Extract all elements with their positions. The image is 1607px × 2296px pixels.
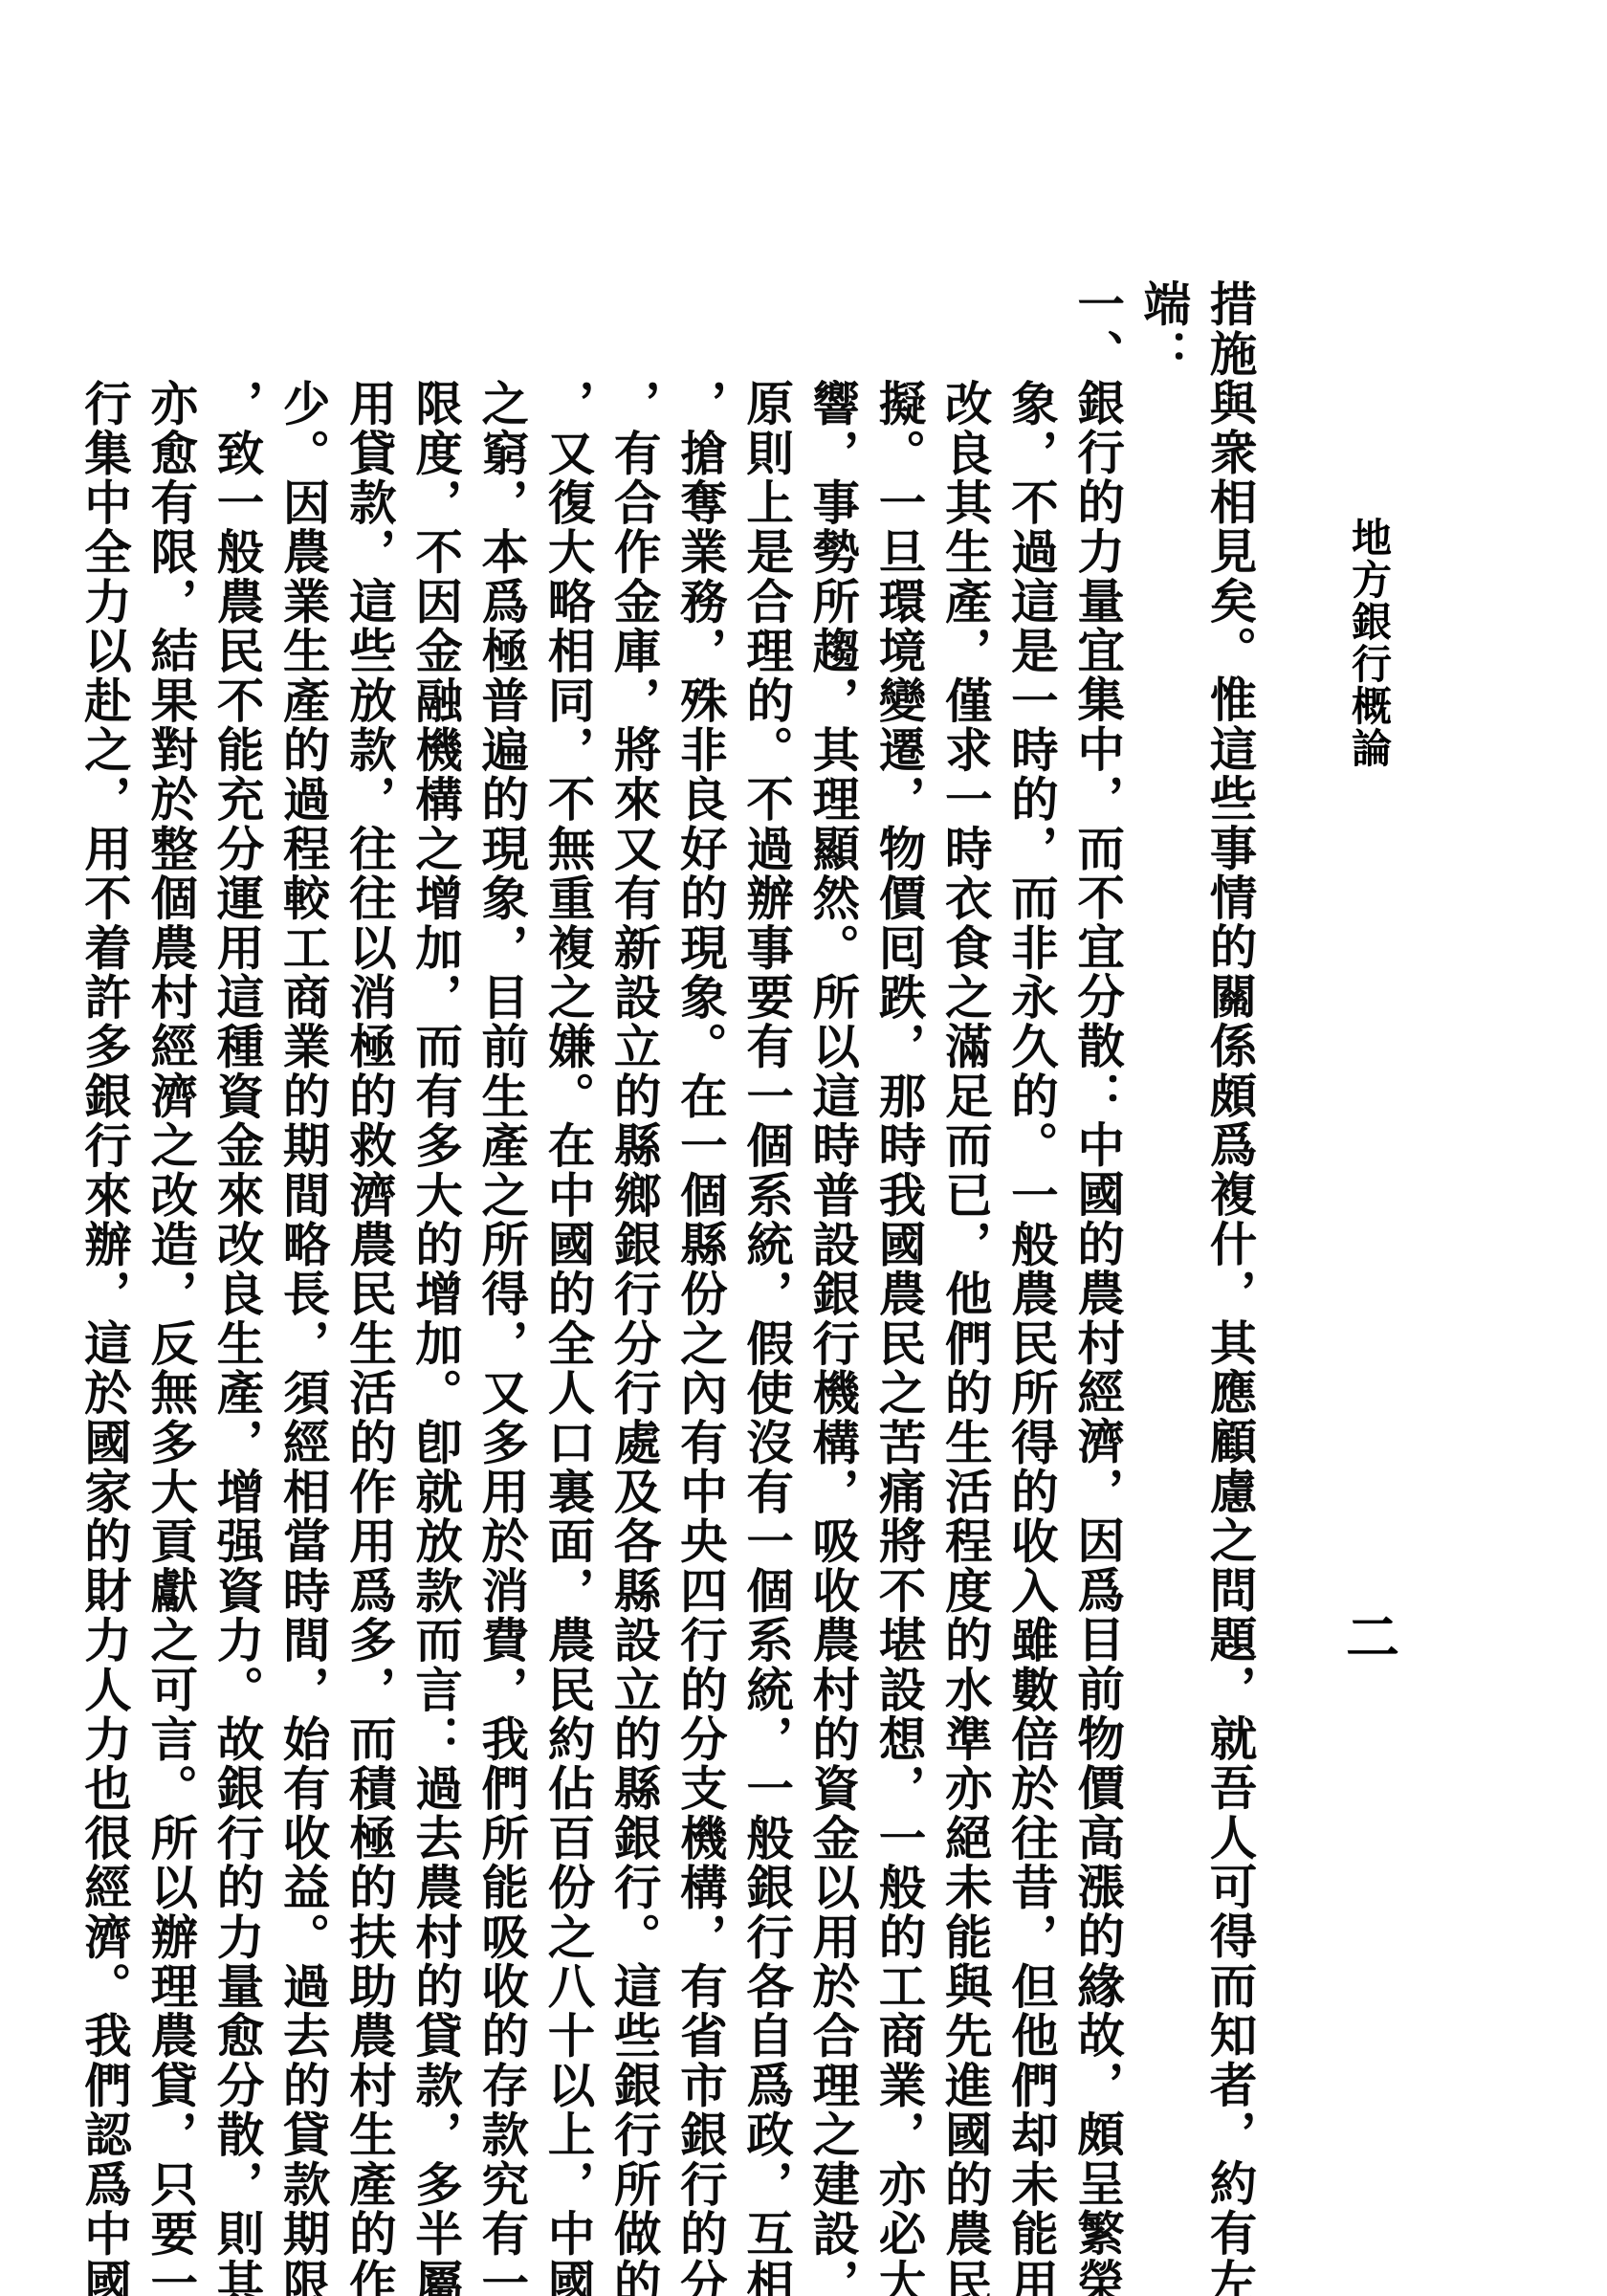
text-column: 響，事勢所趨，其理顯然。所以這時普設銀行機構，吸收農村的資金以用於合理之建設，這… [800, 279, 866, 2001]
text-column: 原則上是合理的。不過辦事要有一個系統，假使沒有一個系統，一般銀行各自爲政，互相抵… [733, 279, 799, 2001]
scanned-book-page: 地方銀行概論 二 措施與衆相見矣。惟這些事情的關係頗爲複什，其應顧慮之問題，就吾… [0, 0, 1607, 2296]
text-column: 用貸款，這些放款，往往以消極的救濟農民生活的作用爲多，而積極的扶助農村生產的作用… [336, 279, 402, 2001]
text-column: 亦愈有限，結果對於整個農村經濟之改造，反無多大貢獻之可言。所以辦理農貸，只要一個… [138, 279, 204, 2001]
text-column: 象，不過這是一時的，而非永久的。一般農民所得的收入雖數倍於往昔，但他們却未能用之… [998, 279, 1064, 2001]
text-column: 措施與衆相見矣。惟這些事情的關係頗爲複什，其應顧慮之問題，就吾人可得而知者，約有… [1197, 279, 1263, 2001]
section-heading-column: 一、銀行的力量宜集中，而不宜分散：中國的農村經濟，因爲目前物價高漲的緣故，頗呈繁… [1064, 279, 1130, 2001]
text-column: 端： [1131, 279, 1197, 2001]
page-number: 二 [1339, 1609, 1397, 1663]
text-column: ，有合作金庫，將來又有新設立的縣鄉銀行分行處及各縣設立的縣銀行。這些銀行所做的業… [601, 279, 667, 2001]
text-column: 之窮，本爲極普遍的現象，目前生產之所得，又多用於消費，我們所能吸收的存款究有一定… [469, 279, 535, 2001]
text-column: ，搶奪業務，殊非良好的現象。在一個縣份之內有中央四行的分支機構，有省市銀行的分行… [667, 279, 733, 2001]
text-column: 限度，不因金融機構之增加，而有多大的增加。卽就放款而言：過去農村的貸款，多半屬於… [402, 279, 468, 2001]
running-header-book-title: 地方銀行概論 [1347, 517, 1391, 769]
text-column: 改良其生產，僅求一時衣食之滿足而已，他們的生活程度的水準亦絕未能與先進國的農民相… [932, 279, 998, 2001]
text-column: 擬。一旦環境變遷，物價囘跌，那時我國農民之苦痛將不堪設想，一般的工商業，亦必大受… [866, 279, 932, 2001]
text-column: 行集中全力以赴之，用不着許多銀行來辦，這於國家的財力人力也很經濟。我們認爲中國目… [71, 279, 137, 2001]
text-column: ，又復大略相同，不無重複之嫌。在中國的全人口裏面，農民約佔百份之八十以上，中國農… [535, 279, 601, 2001]
body-text-vertical: 措施與衆相見矣。惟這些事情的關係頗爲複什，其應顧慮之問題，就吾人可得而知者，約有… [228, 279, 1263, 2001]
text-column: 少。因農業生產的過程較工商業的期間略長，須經相當時間，始有收益。過去的貸款期限過… [270, 279, 336, 2001]
text-column: ，致一般農民不能充分運用這種資金來改良生產，增强資力。故銀行的力量愈分散，則其成… [204, 279, 270, 2001]
